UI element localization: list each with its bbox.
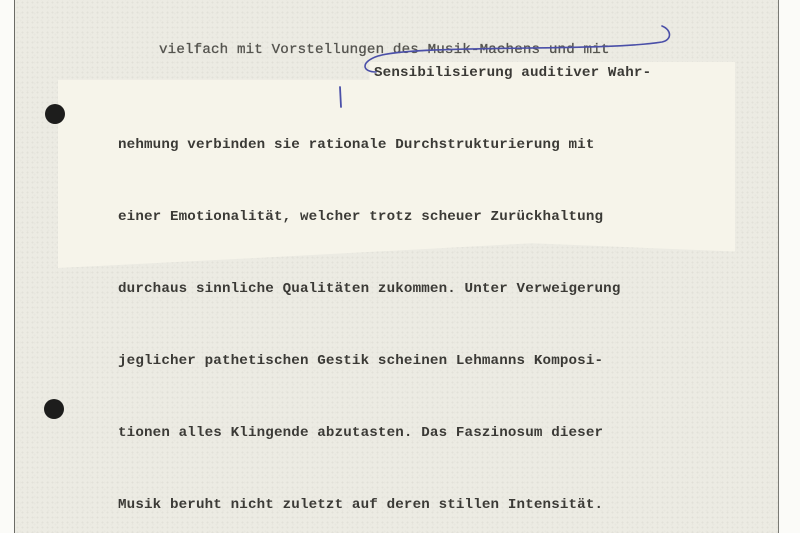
text-line: nehmung verbinden sie rationale Durchstr…: [118, 133, 621, 157]
text-line: vielfach mit Vorstellungen des Musik-Mac…: [159, 38, 618, 62]
slip-first-line: Sensibilisierung auditiver Wahr-: [374, 61, 651, 85]
text-line: Musik beruht nicht zuletzt auf deren sti…: [118, 493, 621, 517]
text-line: jeglicher pathetischen Gestik scheinen L…: [118, 349, 621, 373]
punch-hole-icon: [45, 104, 65, 124]
text-line: durchaus sinnliche Qualitäten zukommen. …: [118, 277, 621, 301]
text-line: einer Emotionalität, welcher trotz scheu…: [118, 205, 621, 229]
slip-text-block: nehmung verbinden sie rationale Durchstr…: [118, 85, 621, 533]
punch-hole-icon: [44, 399, 64, 419]
text-line: tionen alles Klingende abzutasten. Das F…: [118, 421, 621, 445]
